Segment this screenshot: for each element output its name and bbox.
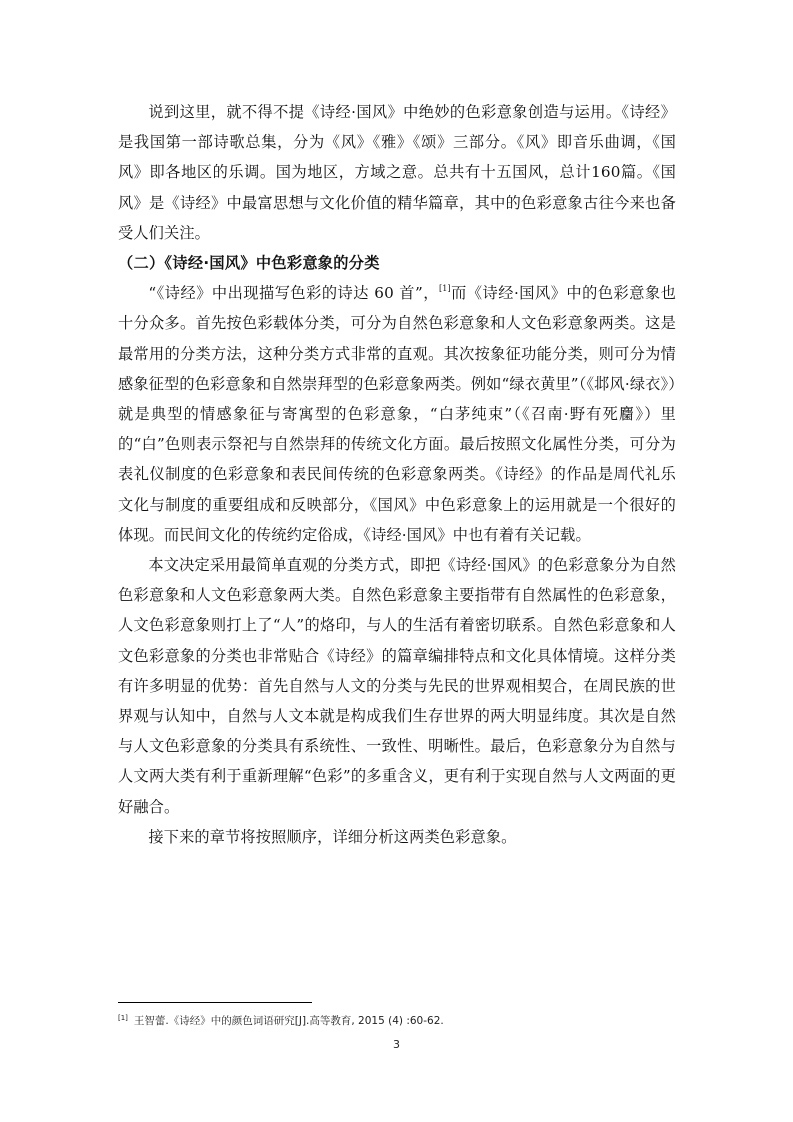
footnote: [1]王智蕾.《诗经》中的颜色词语研究[J].高等教育, 2015 (4) :6… [118, 1013, 444, 1028]
footnote-reference[interactable]: [1] [439, 284, 451, 293]
section-heading: （二）《诗经·国风》中色彩意象的分类 [118, 248, 676, 278]
document-page: 说到这里，就不得不提《诗经·国风》中绝妙的色彩意象创造与运用。《诗经》是我国第一… [0, 0, 793, 1122]
paragraph-classification: “《诗经》中出现描写色彩的诗达 60 首”，[1]而《诗经·国风》中的色彩意象也… [118, 278, 676, 550]
paragraph-text-after-ref: 而《诗经·国风》中的色彩意象也十分众多。首先按色彩载体分类，可分为自然色彩意象和… [118, 284, 676, 544]
footnote-mark: [1] [118, 1014, 128, 1022]
paragraph-text-before-ref: “《诗经》中出现描写色彩的诗达 60 首”， [148, 284, 439, 302]
paragraph-method: 本文决定采用最简单直观的分类方式，即把《诗经·国风》的色彩意象分为自然色彩意象和… [118, 550, 676, 822]
paragraph-intro: 说到这里，就不得不提《诗经·国风》中绝妙的色彩意象创造与运用。《诗经》是我国第一… [118, 97, 676, 248]
body-text: 说到这里，就不得不提《诗经·国风》中绝妙的色彩意象创造与运用。《诗经》是我国第一… [118, 97, 676, 852]
page-number: 3 [0, 1038, 793, 1051]
footnote-text: 王智蕾.《诗经》中的颜色词语研究[J].高等教育, 2015 (4) :60-6… [134, 1015, 444, 1027]
footnote-divider [118, 1002, 312, 1003]
paragraph-next: 接下来的章节将按照顺序，详细分析这两类色彩意象。 [118, 822, 676, 852]
